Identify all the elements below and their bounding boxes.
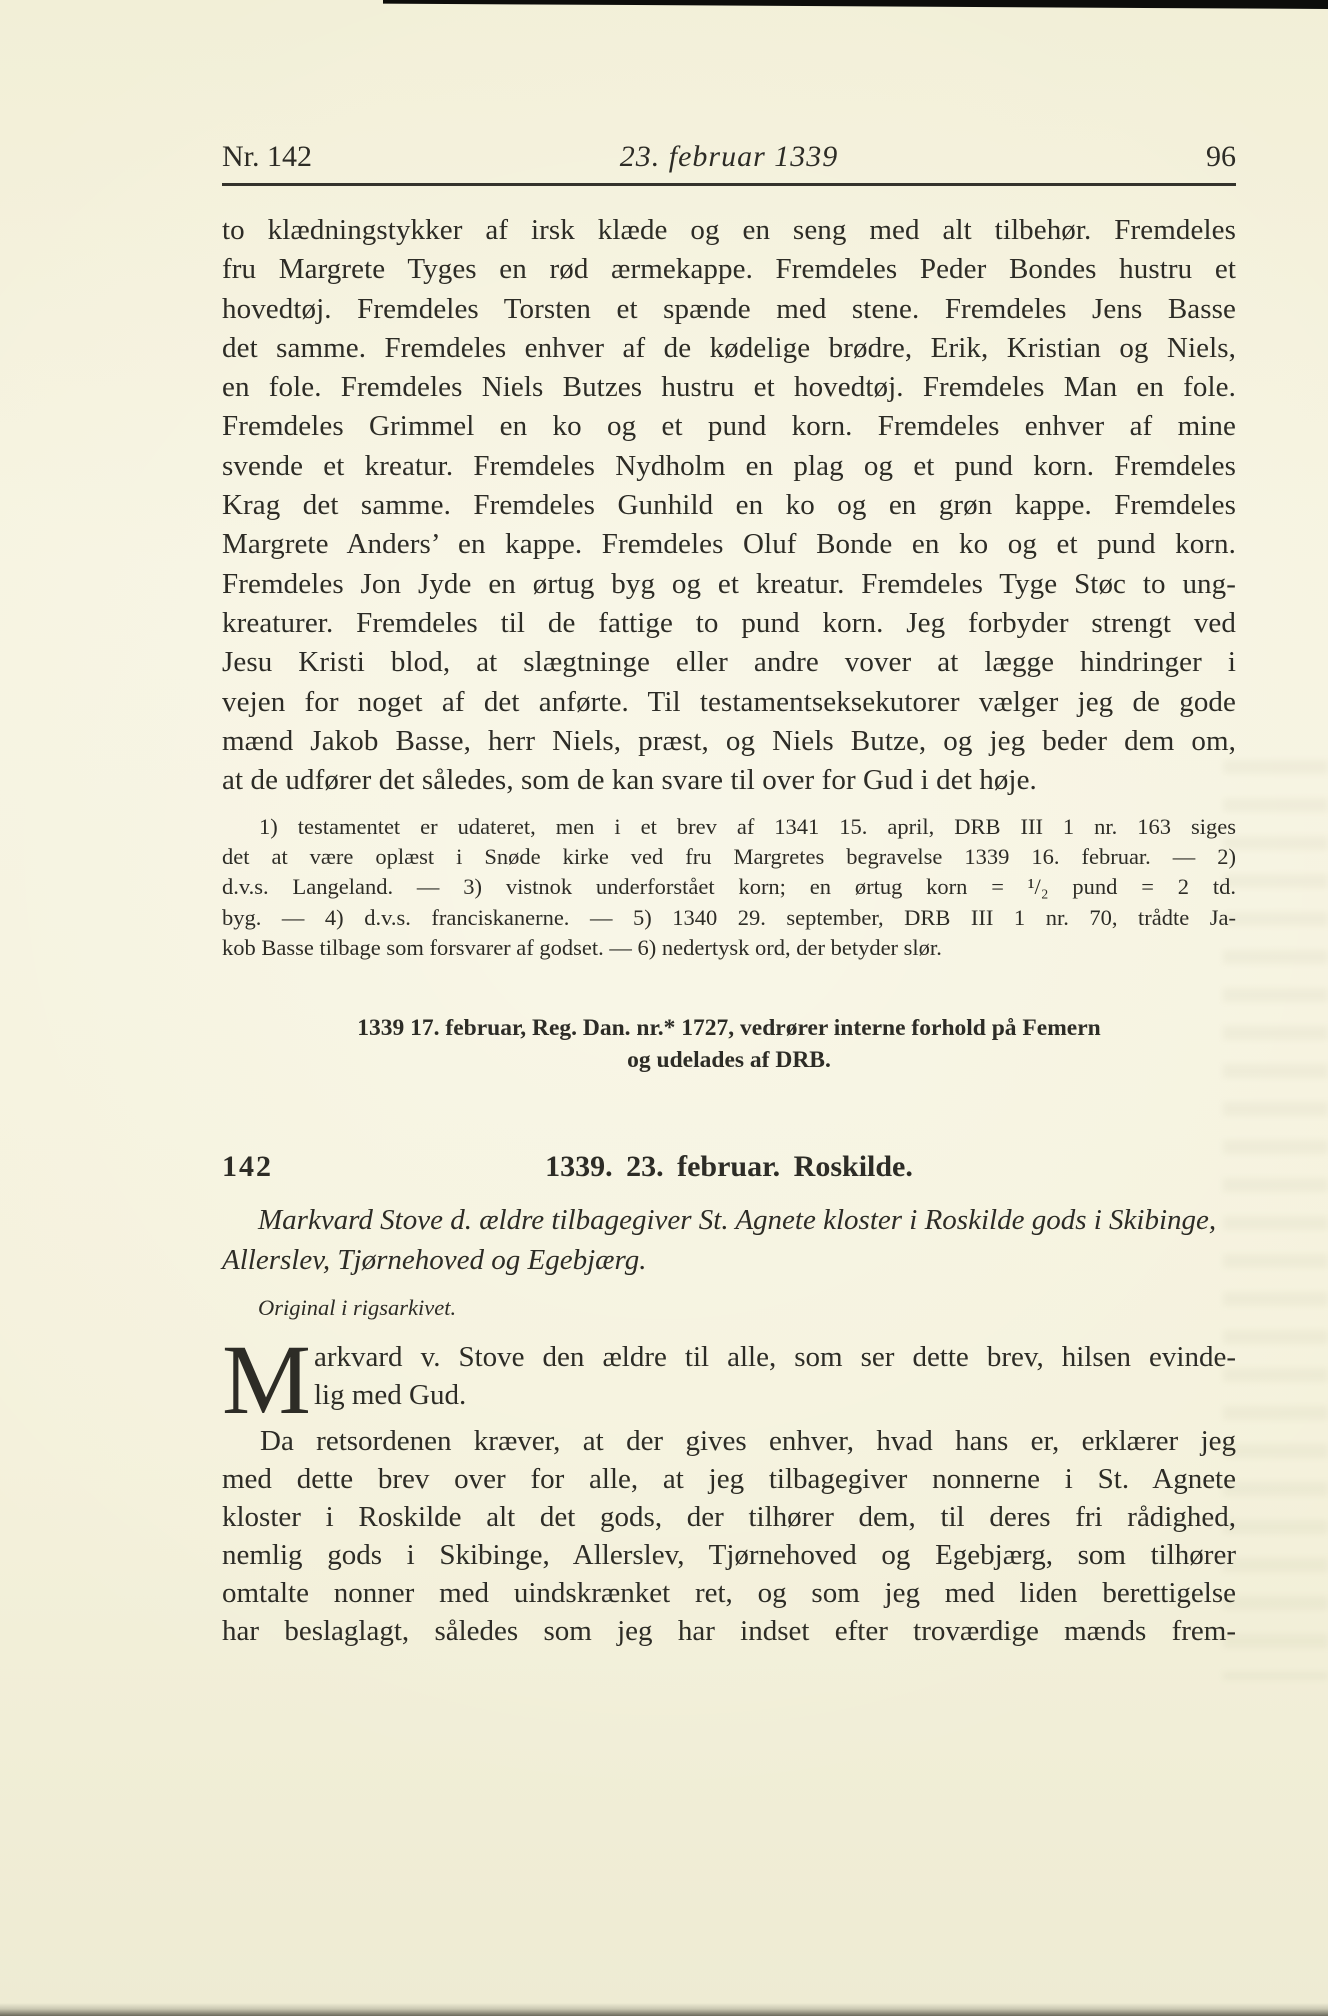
body-paragraph: Da retsordenen kræver, at der gives enhv… [222,1422,1236,1650]
text-line: nemlig gods i Skibinge, Allerslev, Tjørn… [222,1536,1236,1574]
scanned-book-page: Nr. 142 23. februar 1339 96 to klædnings… [0,0,1328,2016]
scan-artifact-bottom-bar [0,2003,1328,2016]
text-line: det samme. Fremdeles enhver af de kødeli… [222,329,1236,368]
text-line: svende et kreatur. Fremdeles Nydholm en … [222,447,1236,486]
text-line: Fremdeles Grimmel en ko og et pund korn.… [222,407,1236,446]
text-line: Markvard Stove d. ældre tilbagegiver St.… [222,1200,1236,1240]
text-line: d.v.s. Langeland. — 3) vistnok underfors… [222,872,1236,902]
text-line: har beslaglagt, således som jeg har inds… [222,1612,1236,1650]
text-line: hovedtøj. Fremdeles Torsten et spænde me… [222,290,1236,329]
running-header: Nr. 142 23. februar 1339 96 [222,140,1236,180]
text-line: med dette brev over for alle, at jeg til… [222,1460,1236,1498]
text-line: Jesu Kristi blod, at slægtninge eller an… [222,643,1236,682]
page-number: 96 [1206,140,1236,174]
source-note: Original i rigsarkivet. [222,1295,1236,1321]
scan-showthrough [1223,760,1328,1680]
text-line: arkvard v. Stove den ældre til alle, som… [222,1338,1236,1376]
text-line: 1) testamentet er udateret, men i et bre… [222,812,1236,842]
text-line: og udelades af DRB. [222,1044,1236,1076]
text-line: to klædningstykker af irsk klæde og en s… [222,211,1236,250]
entry-summary: Markvard Stove d. ældre tilbagegiver St.… [222,1200,1236,1280]
entry-heading-row: 142 1339. 23. februar. Roskilde. [222,1150,1236,1190]
text-line: Fremdeles Jon Jyde en ørtug byg og et kr… [222,565,1236,604]
footnotes-block: 1) testamentet er udateret, men i et bre… [222,812,1236,963]
running-date: 23. februar 1339 [222,140,1236,174]
text-line: omtalte nonner med uindskrænket ret, og … [222,1574,1236,1612]
text-line: en fole. Fremdeles Niels Butzes hustru e… [222,368,1236,407]
text-line: kloster i Roskilde alt det gods, der til… [222,1498,1236,1536]
text-line: fru Margrete Tyges en rød ærmekappe. Fre… [222,250,1236,289]
text-line: Margrete Anders’ en kappe. Fremdeles Olu… [222,525,1236,564]
text-line: at de udfører det således, som de kan sv… [222,761,1236,800]
header-rule [222,183,1236,186]
text-line: Krag det samme. Fremdeles Gunhild en ko … [222,486,1236,525]
text-line: Da retsordenen kræver, at der gives enhv… [222,1422,1236,1460]
text-line: kob Basse tilbage som forsvarer af godse… [222,933,1236,963]
continuation-paragraph: to klædningstykker af irsk klæde og en s… [222,211,1236,800]
text-line: det at være oplæst i Snøde kirke ved fru… [222,842,1236,872]
scan-artifact-top-bar [383,0,1328,9]
text-line: lig med Gud. [222,1376,1236,1414]
regest-notice: 1339 17. februar, Reg. Dan. nr.* 1727, v… [222,1012,1236,1076]
text-line: Allerslev, Tjørnehoved og Egebjærg. [222,1240,1236,1280]
text-line: byg. — 4) d.v.s. franciskanerne. — 5) 13… [222,903,1236,933]
opening-paragraph: M arkvard v. Stove den ældre til alle, s… [222,1338,1236,1416]
text-line: 1339 17. februar, Reg. Dan. nr.* 1727, v… [222,1012,1236,1044]
text-line: mænd Jakob Basse, herr Niels, præst, og … [222,722,1236,761]
text-line: kreaturer. Fremdeles til de fattige to p… [222,604,1236,643]
drop-cap-initial: M [222,1340,308,1416]
text-line: vejen for noget af det anførte. Til test… [222,683,1236,722]
entry-heading: 1339. 23. februar. Roskilde. [222,1150,1236,1184]
